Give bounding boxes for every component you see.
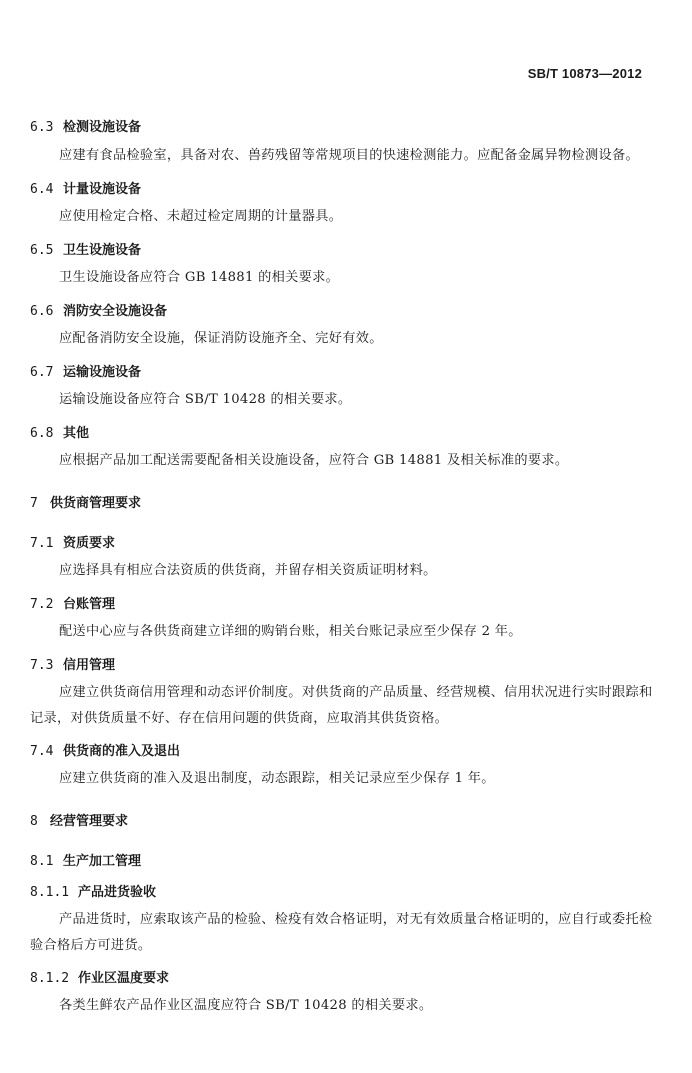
section-title: 卫生设施设备: [63, 243, 141, 258]
section-body-6-6: 应配备消防安全设施，保证消防设施齐全、完好有效。: [30, 326, 660, 352]
section-body-7-2: 配送中心应与各供货商建立详细的购销台账，相关台账记录应至少保存 2 年。: [30, 619, 660, 645]
section-heading-8-1: 8.1生产加工管理: [30, 850, 660, 869]
section-heading-6-5: 6.5卫生设施设备: [30, 239, 660, 258]
section-heading-6-6: 6.6消防安全设施设备: [30, 300, 660, 319]
section-title: 作业区温度要求: [78, 971, 169, 986]
section-body-6-3: 应建有食品检验室，具备对农、兽药残留等常规项目的快速检测能力。应配备金属异物检测…: [30, 143, 660, 169]
section-title: 台账管理: [63, 597, 115, 612]
section-title: 检测设施设备: [63, 120, 141, 135]
section-number: 7.1: [30, 536, 63, 551]
section-body-6-4: 应使用检定合格、未超过检定周期的计量器具。: [30, 204, 660, 230]
chapter-number: 8: [30, 814, 50, 829]
section-number: 8.1: [30, 854, 63, 869]
section-number: 6.8: [30, 426, 63, 441]
section-title: 消防安全设施设备: [63, 304, 167, 319]
section-number: 6.4: [30, 182, 63, 197]
section-title: 资质要求: [63, 536, 115, 551]
section-title: 运输设施设备: [63, 365, 141, 380]
section-title: 产品进货验收: [78, 885, 156, 900]
section-heading-8-1-2: 8.1.2作业区温度要求: [30, 967, 660, 986]
section-body-7-3: 应建立供货商信用管理和动态评价制度。对供货商的产品质量、经营规模、信用状况进行实…: [30, 680, 660, 732]
section-heading-7-4: 7.4供货商的准入及退出: [30, 740, 660, 759]
section-number: 6.3: [30, 120, 63, 135]
section-title: 计量设施设备: [63, 182, 141, 197]
section-body-7-4: 应建立供货商的准入及退出制度，动态跟踪，相关记录应至少保存 1 年。: [30, 766, 660, 792]
chapter-heading-7: 7供货商管理要求: [30, 492, 660, 511]
section-number: 6.5: [30, 243, 63, 258]
section-title: 供货商的准入及退出: [63, 744, 180, 759]
section-heading-6-7: 6.7运输设施设备: [30, 361, 660, 380]
section-body-6-7: 运输设施设备应符合 SB/T 10428 的相关要求。: [30, 387, 660, 413]
section-heading-7-2: 7.2台账管理: [30, 593, 660, 612]
section-number: 7.3: [30, 658, 63, 673]
standard-code-header: SB/T 10873—2012: [528, 66, 642, 81]
section-title: 其他: [63, 426, 89, 441]
chapter-heading-8: 8经营管理要求: [30, 810, 660, 829]
section-heading-6-4: 6.4计量设施设备: [30, 178, 660, 197]
section-title: 生产加工管理: [63, 854, 141, 869]
section-body-7-1: 应选择具有相应合法资质的供货商，并留存相关资质证明材料。: [30, 558, 660, 584]
section-number: 7.2: [30, 597, 63, 612]
section-heading-6-8: 6.8其他: [30, 422, 660, 441]
section-heading-6-3: 6.3检测设施设备: [30, 116, 660, 135]
section-heading-8-1-1: 8.1.1产品进货验收: [30, 881, 660, 900]
section-body-8-1-2: 各类生鲜农产品作业区温度应符合 SB/T 10428 的相关要求。: [30, 993, 660, 1019]
section-body-6-8: 应根据产品加工配送需要配备相关设施设备，应符合 GB 14881 及相关标准的要…: [30, 448, 660, 474]
section-heading-7-3: 7.3信用管理: [30, 654, 660, 673]
section-number: 7.4: [30, 744, 63, 759]
chapter-title: 经营管理要求: [50, 814, 128, 829]
section-number: 6.7: [30, 365, 63, 380]
chapter-title: 供货商管理要求: [50, 496, 141, 511]
section-heading-7-1: 7.1资质要求: [30, 532, 660, 551]
section-body-8-1-1: 产品进货时，应索取该产品的检验、检疫有效合格证明，对无有效质量合格证明的，应自行…: [30, 907, 660, 959]
section-title: 信用管理: [63, 658, 115, 673]
section-number: 8.1.1: [30, 885, 78, 900]
section-body-6-5: 卫生设施设备应符合 GB 14881 的相关要求。: [30, 265, 660, 291]
section-number: 8.1.2: [30, 971, 78, 986]
section-number: 6.6: [30, 304, 63, 319]
chapter-number: 7: [30, 496, 50, 511]
